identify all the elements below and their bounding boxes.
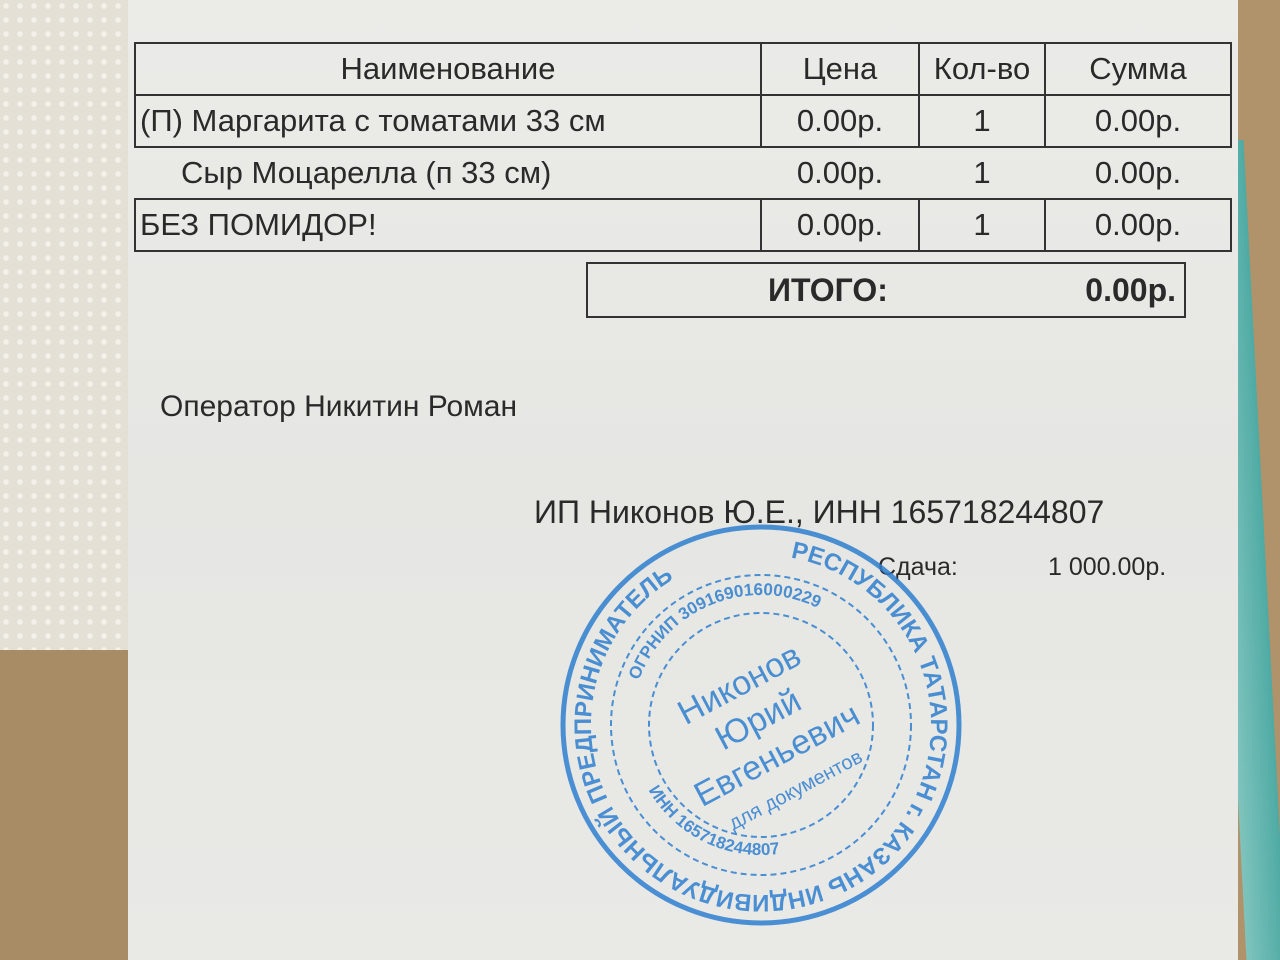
table-row: (П) Маргарита с томатами 33 см 0.00р. 1 … <box>135 95 1231 147</box>
col-sum: Сумма <box>1045 43 1231 95</box>
col-name: Наименование <box>135 43 761 95</box>
item-qty: 1 <box>919 95 1045 147</box>
col-price: Цена <box>761 43 919 95</box>
change-value: 1 000.00р. <box>1048 553 1166 582</box>
item-sum: 0.00р. <box>1045 147 1231 199</box>
total-label: ИТОГО: <box>768 272 888 309</box>
item-sum: 0.00р. <box>1045 199 1231 251</box>
table-row: Сыр Моцарелла (п 33 см) 0.00р. 1 0.00р. <box>135 147 1231 199</box>
table-header: Наименование Цена Кол-во Сумма <box>135 43 1231 95</box>
item-qty: 1 <box>919 199 1045 251</box>
item-price: 0.00р. <box>761 147 919 199</box>
item-price: 0.00р. <box>761 199 919 251</box>
paper-napkin <box>0 0 135 650</box>
items-table: Наименование Цена Кол-во Сумма (П) Марга… <box>134 42 1232 252</box>
receipt: Наименование Цена Кол-во Сумма (П) Марга… <box>128 0 1238 960</box>
operator-name: Оператор Никитин Роман <box>160 390 517 424</box>
item-qty: 1 <box>919 147 1045 199</box>
total-value: 0.00р. <box>1085 272 1176 309</box>
seal-stamp-icon: РЕСПУБЛИКА ТАТАРСТАН г. КАЗАНЬ ИНДИВИДУА… <box>556 520 966 930</box>
item-sum: 0.00р. <box>1045 95 1231 147</box>
table-row: БЕЗ ПОМИДОР! 0.00р. 1 0.00р. <box>135 199 1231 251</box>
item-name: БЕЗ ПОМИДОР! <box>135 199 761 251</box>
item-name: (П) Маргарита с томатами 33 см <box>135 95 761 147</box>
col-qty: Кол-во <box>919 43 1045 95</box>
table-surface <box>0 650 140 960</box>
total-box: ИТОГО: 0.00р. <box>586 262 1186 318</box>
item-price: 0.00р. <box>761 95 919 147</box>
item-name: Сыр Моцарелла (п 33 см) <box>135 147 761 199</box>
